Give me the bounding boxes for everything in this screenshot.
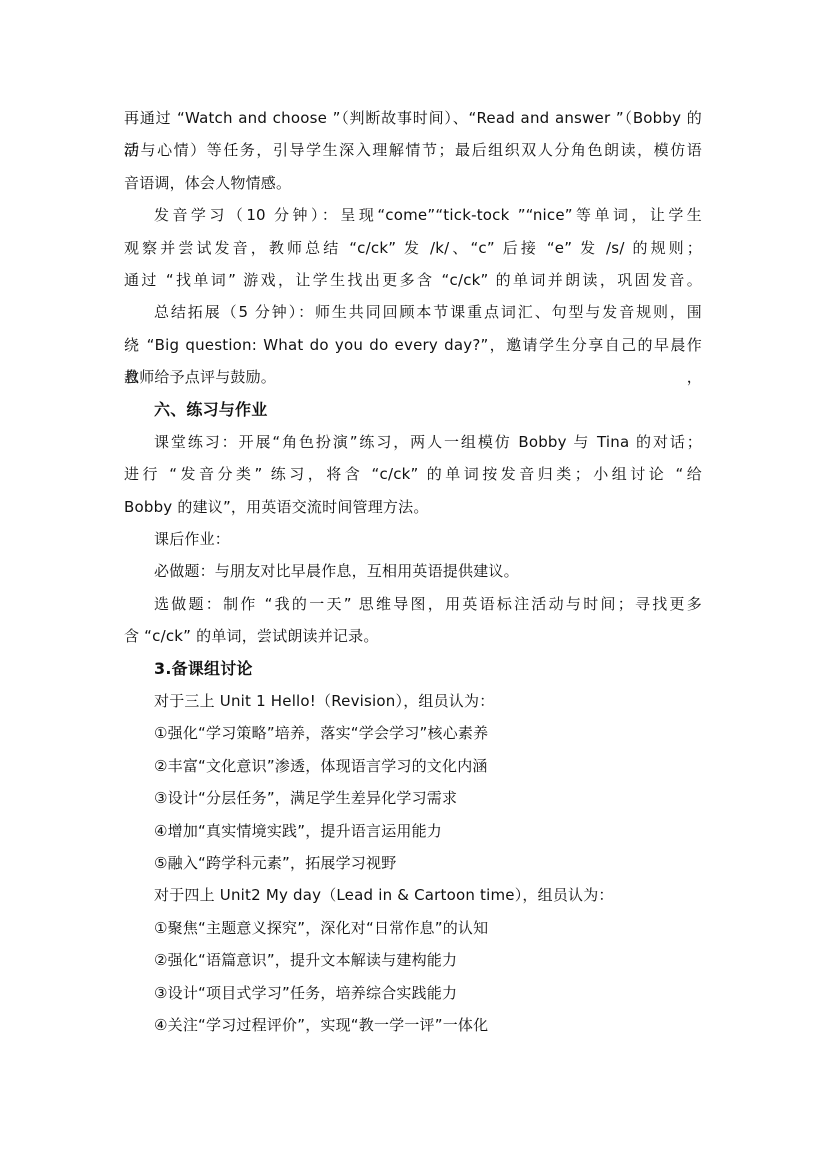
- text-line: 进行 “发音分类” 练习，将含 “c/ck” 的单词按发音归类；小组讨论 “给: [124, 458, 702, 490]
- list-item: ③设计“项目式学习”任务，培养综合实践能力: [124, 977, 702, 1009]
- group1-intro: 对于三上 Unit 1 Hello!（Revision），组员认为：: [124, 685, 702, 717]
- paragraph-continuation: 再通过 “Watch and choose ”（判断故事时间）、“Read an…: [124, 102, 702, 199]
- text-line: Bobby 的建议”，用英语交流时间管理方法。: [124, 491, 702, 523]
- text-line: 总结拓展（5 分钟）：师生共同回顾本节课重点词汇、句型与发音规则，围: [124, 296, 702, 328]
- group1-discussion: 对于三上 Unit 1 Hello!（Revision），组员认为： ①强化“学…: [124, 685, 702, 879]
- text-line: 选做题：制作 “我的一天” 思维导图，用英语标注活动与时间；寻找更多: [124, 588, 702, 620]
- text-line: 再通过 “Watch and choose ”（判断故事时间）、“Read an…: [124, 102, 702, 134]
- section-heading-practice-homework: 六、练习与作业: [124, 394, 702, 426]
- document-page: 再通过 “Watch and choose ”（判断故事时间）、“Read an…: [124, 102, 702, 1041]
- pronunciation-paragraph: 发音学习（10 分钟）：呈现“come”“tick-tock ”“nice”等单…: [124, 199, 702, 296]
- required-homework: 必做题：与朋友对比早晨作息，互相用英语提供建议。: [124, 555, 702, 587]
- text-line: 发音学习（10 分钟）：呈现“come”“tick-tock ”“nice”等单…: [124, 199, 702, 231]
- text-line: 音语调，体会人物情感。: [124, 167, 702, 199]
- list-item: ⑤融入“跨学科元素”，拓展学习视野: [124, 847, 702, 879]
- classwork-paragraph: 课堂练习：开展“角色扮演”练习，两人一组模仿 Bobby 与 Tina 的对话；…: [124, 426, 702, 523]
- list-item: ②丰富“文化意识”渗透，体现语言学习的文化内涵: [124, 750, 702, 782]
- list-item: ②强化“语篇意识”，提升文本解读与建构能力: [124, 944, 702, 976]
- summary-paragraph: 总结拓展（5 分钟）：师生共同回顾本节课重点词汇、句型与发音规则，围 绕 “Bi…: [124, 296, 702, 393]
- text-line: 通过 “找单词” 游戏，让学生找出更多含 “c/ck” 的单词并朗读，巩固发音。: [124, 264, 702, 296]
- list-item: ①聚焦“主题意义探究”，深化对“日常作息”的认知: [124, 912, 702, 944]
- homework-label: 课后作业：: [124, 523, 702, 555]
- list-item: ④关注“学习过程评价”，实现“教一学一评”一体化: [124, 1009, 702, 1041]
- list-item: ④增加“真实情境实践”，提升语言运用能力: [124, 815, 702, 847]
- text-line: 观察并尝试发音，教师总结 “c/ck” 发 /k/、“c” 后接 “e” 发 /…: [124, 232, 702, 264]
- list-item: ①强化“学习策略”培养，落实“学会学习”核心素养: [124, 717, 702, 749]
- text-line: 动与心情）等任务，引导学生深入理解情节；最后组织双人分角色朗读，模仿语: [124, 134, 702, 166]
- group2-discussion: 对于四上 Unit2 My day（Lead in & Cartoon time…: [124, 879, 702, 1041]
- text-line: 课堂练习：开展“角色扮演”练习，两人一组模仿 Bobby 与 Tina 的对话；: [124, 426, 702, 458]
- group2-intro: 对于四上 Unit2 My day（Lead in & Cartoon time…: [124, 879, 702, 911]
- text-line: 绕 “Big question: What do you do every da…: [124, 329, 702, 361]
- optional-homework: 选做题：制作 “我的一天” 思维导图，用英语标注活动与时间；寻找更多 含 “c/…: [124, 588, 702, 653]
- list-item: ③设计“分层任务”，满足学生差异化学习需求: [124, 782, 702, 814]
- section-heading-group-discussion: 3.备课组讨论: [124, 653, 702, 685]
- text-line: 含 “c/ck” 的单词，尝试朗读并记录。: [124, 620, 702, 652]
